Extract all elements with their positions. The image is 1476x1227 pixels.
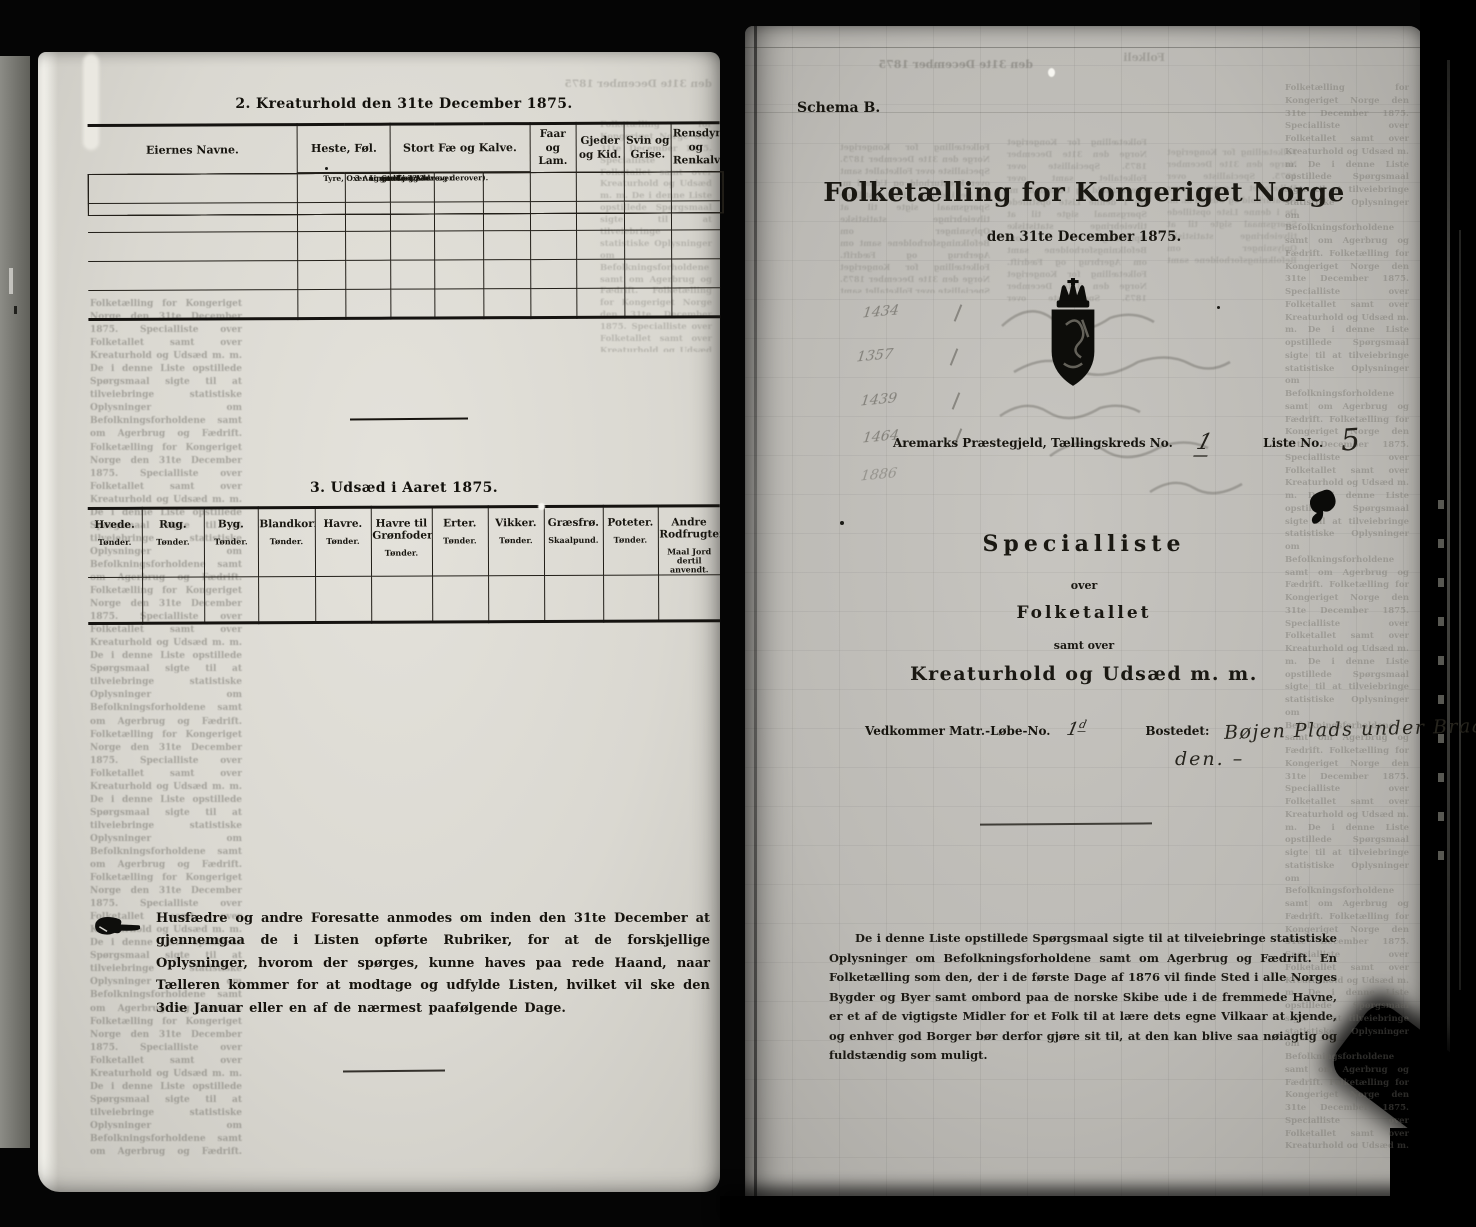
- handwritten-matrikkel-number: 1d: [1064, 718, 1087, 740]
- seed-table: Hvede. Tønder. Rug. Tønder. Byg. Tønder.…: [88, 504, 721, 624]
- paper-speck: [538, 503, 545, 510]
- goats-column-header: Gjeder og Kid.: [576, 123, 624, 172]
- empty-cell: [603, 575, 658, 621]
- empty-cell: [88, 261, 298, 291]
- bleed-through-number: 1434: [862, 302, 900, 321]
- subtitle-folketallet: Folketallet: [745, 603, 1423, 623]
- sheep-column-header: Faar og Lam.: [530, 123, 576, 172]
- empty-cell: [345, 289, 390, 318]
- left-page: Folketælling for Kongeriget Norge den 31…: [38, 52, 720, 1192]
- empty-cell: [576, 259, 624, 288]
- empty-cell: [345, 260, 390, 289]
- livestock-table: Eiernes Navne. Heste, Føl. Stort Fæ og K…: [88, 121, 721, 321]
- empty-cell: [88, 232, 298, 262]
- empty-cell: [435, 231, 484, 260]
- bleed-through-tally-mark: [952, 392, 961, 409]
- empty-cell: [298, 260, 345, 289]
- subtitle-kreaturhold: Kreaturhold og Udsæd m. m.: [745, 663, 1423, 685]
- empty-cell: [484, 260, 530, 289]
- barley-column-header: Byg. Tønder.: [204, 508, 258, 577]
- empty-cell: [672, 288, 720, 317]
- empty-cell: [204, 576, 258, 622]
- bleed-through-mirrored-header: Folkeli: [1075, 51, 1165, 64]
- owners-name-column-header: Eiernes Navne.: [88, 125, 298, 175]
- empty-cell: [488, 575, 544, 621]
- empty-cell: [315, 576, 371, 622]
- empty-cell: [625, 259, 672, 288]
- subtitle-over: over: [745, 579, 1423, 592]
- bleed-through-mirrored-date: den 31te December 1875: [763, 58, 1033, 71]
- potatoes-column-header: Poteter. Tønder.: [603, 506, 658, 575]
- schema-label: Schema B.: [797, 100, 880, 116]
- empty-cell: [345, 231, 390, 260]
- empty-cell: [435, 260, 484, 289]
- hand-drawn-rule: [980, 822, 1152, 825]
- empty-cell: [432, 575, 488, 621]
- adjacent-page-edge: [0, 56, 30, 1148]
- empty-cell: [390, 231, 434, 260]
- livestock-table-title: 2. Kreaturhold den 31te December 1875.: [88, 96, 720, 112]
- empty-cell: [672, 259, 720, 288]
- subtitle-samt-over: samt over: [745, 639, 1423, 652]
- vetch-column-header: Vikker. Tønder.: [488, 507, 544, 576]
- paper-curl-speck: [1048, 68, 1055, 77]
- page-stack-edge: [1447, 60, 1450, 1120]
- census-date-line: den 31te December 1875.: [745, 229, 1423, 245]
- right-page: den 31te December 1875 Folkeli Folketæll…: [745, 26, 1423, 1202]
- wheat-column-header: Hvede. Tønder.: [88, 508, 142, 577]
- cattle-group-header: Stort Fæ og Kalve.: [390, 124, 530, 173]
- empty-cell: [88, 577, 142, 623]
- empty-table-row: [88, 574, 720, 623]
- ink-speck: [325, 167, 328, 170]
- handwritten-bosted-line1: Bøjen Plads under Braarø-: [1223, 714, 1476, 744]
- grass-seed-column-header: Græsfrø. Skaalpund.: [544, 506, 603, 575]
- bottom-short-rule: [343, 1069, 445, 1072]
- empty-cell: [484, 289, 530, 318]
- bleed-through-text: Folketælling for Kongeriget Norge den 31…: [840, 141, 990, 293]
- mixed-grain-column-header: Blandkorn. Tønder.: [258, 508, 315, 577]
- bleed-through-text: Folketælling for Kongeriget Norge den 31…: [90, 298, 242, 1158]
- page-top-edge-line: [745, 47, 1423, 48]
- pigs-column-header: Svin og Grise.: [624, 123, 671, 172]
- bosted-label: Bostedet:: [1145, 724, 1209, 738]
- empty-table-row: [88, 259, 720, 291]
- empty-cell: [672, 230, 720, 259]
- horses-group-header: Heste, Føl.: [298, 124, 391, 172]
- district-line: Aremarks Præstegjeld, Tællingskreds No. …: [893, 420, 1393, 455]
- empty-cell: [88, 290, 298, 320]
- instruction-footnote: Husfædre og andre Foresatte anmodes om i…: [94, 908, 710, 1020]
- oats-column-header: Havre. Tønder.: [315, 507, 371, 576]
- table-header-row: Eiernes Navne. Heste, Føl. Stort Fæ og K…: [88, 123, 720, 174]
- bleed-through-tally-mark: [954, 304, 963, 321]
- handwritten-liste-number: 5: [1340, 422, 1361, 458]
- empty-cell: [435, 289, 484, 318]
- census-purpose-paragraph: De i denne Liste opstillede Spørgsmaal s…: [829, 929, 1337, 1066]
- empty-cell: [530, 259, 576, 288]
- pointing-hand-icon: [94, 914, 140, 938]
- empty-table-row: [88, 230, 720, 262]
- bleed-through-number: 1886: [860, 465, 898, 484]
- empty-cell: [298, 289, 345, 318]
- district-prefix-label: Aremarks Præstegjeld, Tællingskreds No.: [893, 436, 1173, 450]
- norway-coat-of-arms: [1045, 278, 1101, 392]
- empty-cell: [298, 231, 345, 260]
- matrikkel-line: Vedkommer Matr.-Løbe-No. 1d Bostedet: Bø…: [865, 718, 1476, 740]
- empty-cell: [530, 230, 576, 259]
- empty-cell: [658, 574, 720, 620]
- calves-subheader: Ungnøt og Kalve.: [88, 171, 723, 216]
- ink-speck: [1217, 306, 1220, 309]
- ink-blot: [1310, 488, 1340, 532]
- empty-cell: [258, 576, 315, 622]
- green-fodder-oats-column-header: Havre til Grønfoder. Tønder.: [371, 507, 432, 576]
- rye-column-header: Rug. Tønder.: [142, 508, 204, 577]
- paper-edge-speck: [14, 306, 17, 314]
- scanned-census-spread: Folketælling for Kongeriget Norge den 31…: [0, 0, 1476, 1227]
- specialliste-title: Specialliste: [745, 531, 1423, 557]
- matrikkel-label: Vedkommer Matr.-Løbe-No.: [865, 724, 1050, 738]
- liste-number-label: Liste No.: [1263, 436, 1323, 450]
- table-header-row: Hvede. Tønder. Rug. Tønder. Byg. Tønder.…: [88, 506, 720, 577]
- ink-speck: [840, 521, 844, 525]
- empty-cell: [391, 260, 435, 289]
- bleed-through-text: Folketælling for Kongeriget Norge den 31…: [1007, 136, 1147, 301]
- reindeer-column-header: Rensdyr og Renkalve.: [671, 123, 720, 172]
- handwritten-district-number: 1: [1193, 430, 1215, 457]
- empty-cell: [142, 577, 204, 623]
- page-stack-marks: [1438, 470, 1444, 890]
- empty-table-row: [88, 288, 720, 320]
- scan-bottom-shadow: [720, 1196, 1476, 1227]
- empty-cell: [530, 288, 576, 317]
- section-divider-rule: [350, 417, 468, 420]
- seed-table-title: 3. Udsæd i Aaret 1875.: [88, 480, 720, 496]
- handwritten-bosted-line2: den. –: [1175, 748, 1244, 770]
- empty-cell: [577, 288, 625, 317]
- empty-cell: [625, 230, 672, 259]
- footnote-text: Husfædre og andre Foresatte anmodes om i…: [156, 908, 710, 1020]
- bleed-through-number: 1439: [860, 390, 898, 409]
- peas-column-header: Erter. Tønder.: [432, 507, 488, 576]
- census-main-title: Folketælling for Kongeriget Norge: [745, 178, 1423, 208]
- empty-cell: [625, 288, 672, 317]
- paper-edge-mark: [9, 268, 13, 294]
- empty-cell: [544, 575, 603, 621]
- root-crops-column-header: Andre Rodfrugter. Maal Jord dertil anven…: [658, 506, 720, 575]
- empty-cell: [484, 231, 530, 260]
- empty-cell: [576, 230, 624, 259]
- bleed-through-tally-mark: [950, 348, 959, 365]
- empty-cell: [391, 289, 435, 318]
- bleed-through-mirrored-date: den 31te December 1875: [502, 78, 712, 90]
- empty-cell: [371, 576, 432, 622]
- page-stack-edge: [1459, 230, 1461, 990]
- bleed-through-number: 1357: [856, 346, 894, 365]
